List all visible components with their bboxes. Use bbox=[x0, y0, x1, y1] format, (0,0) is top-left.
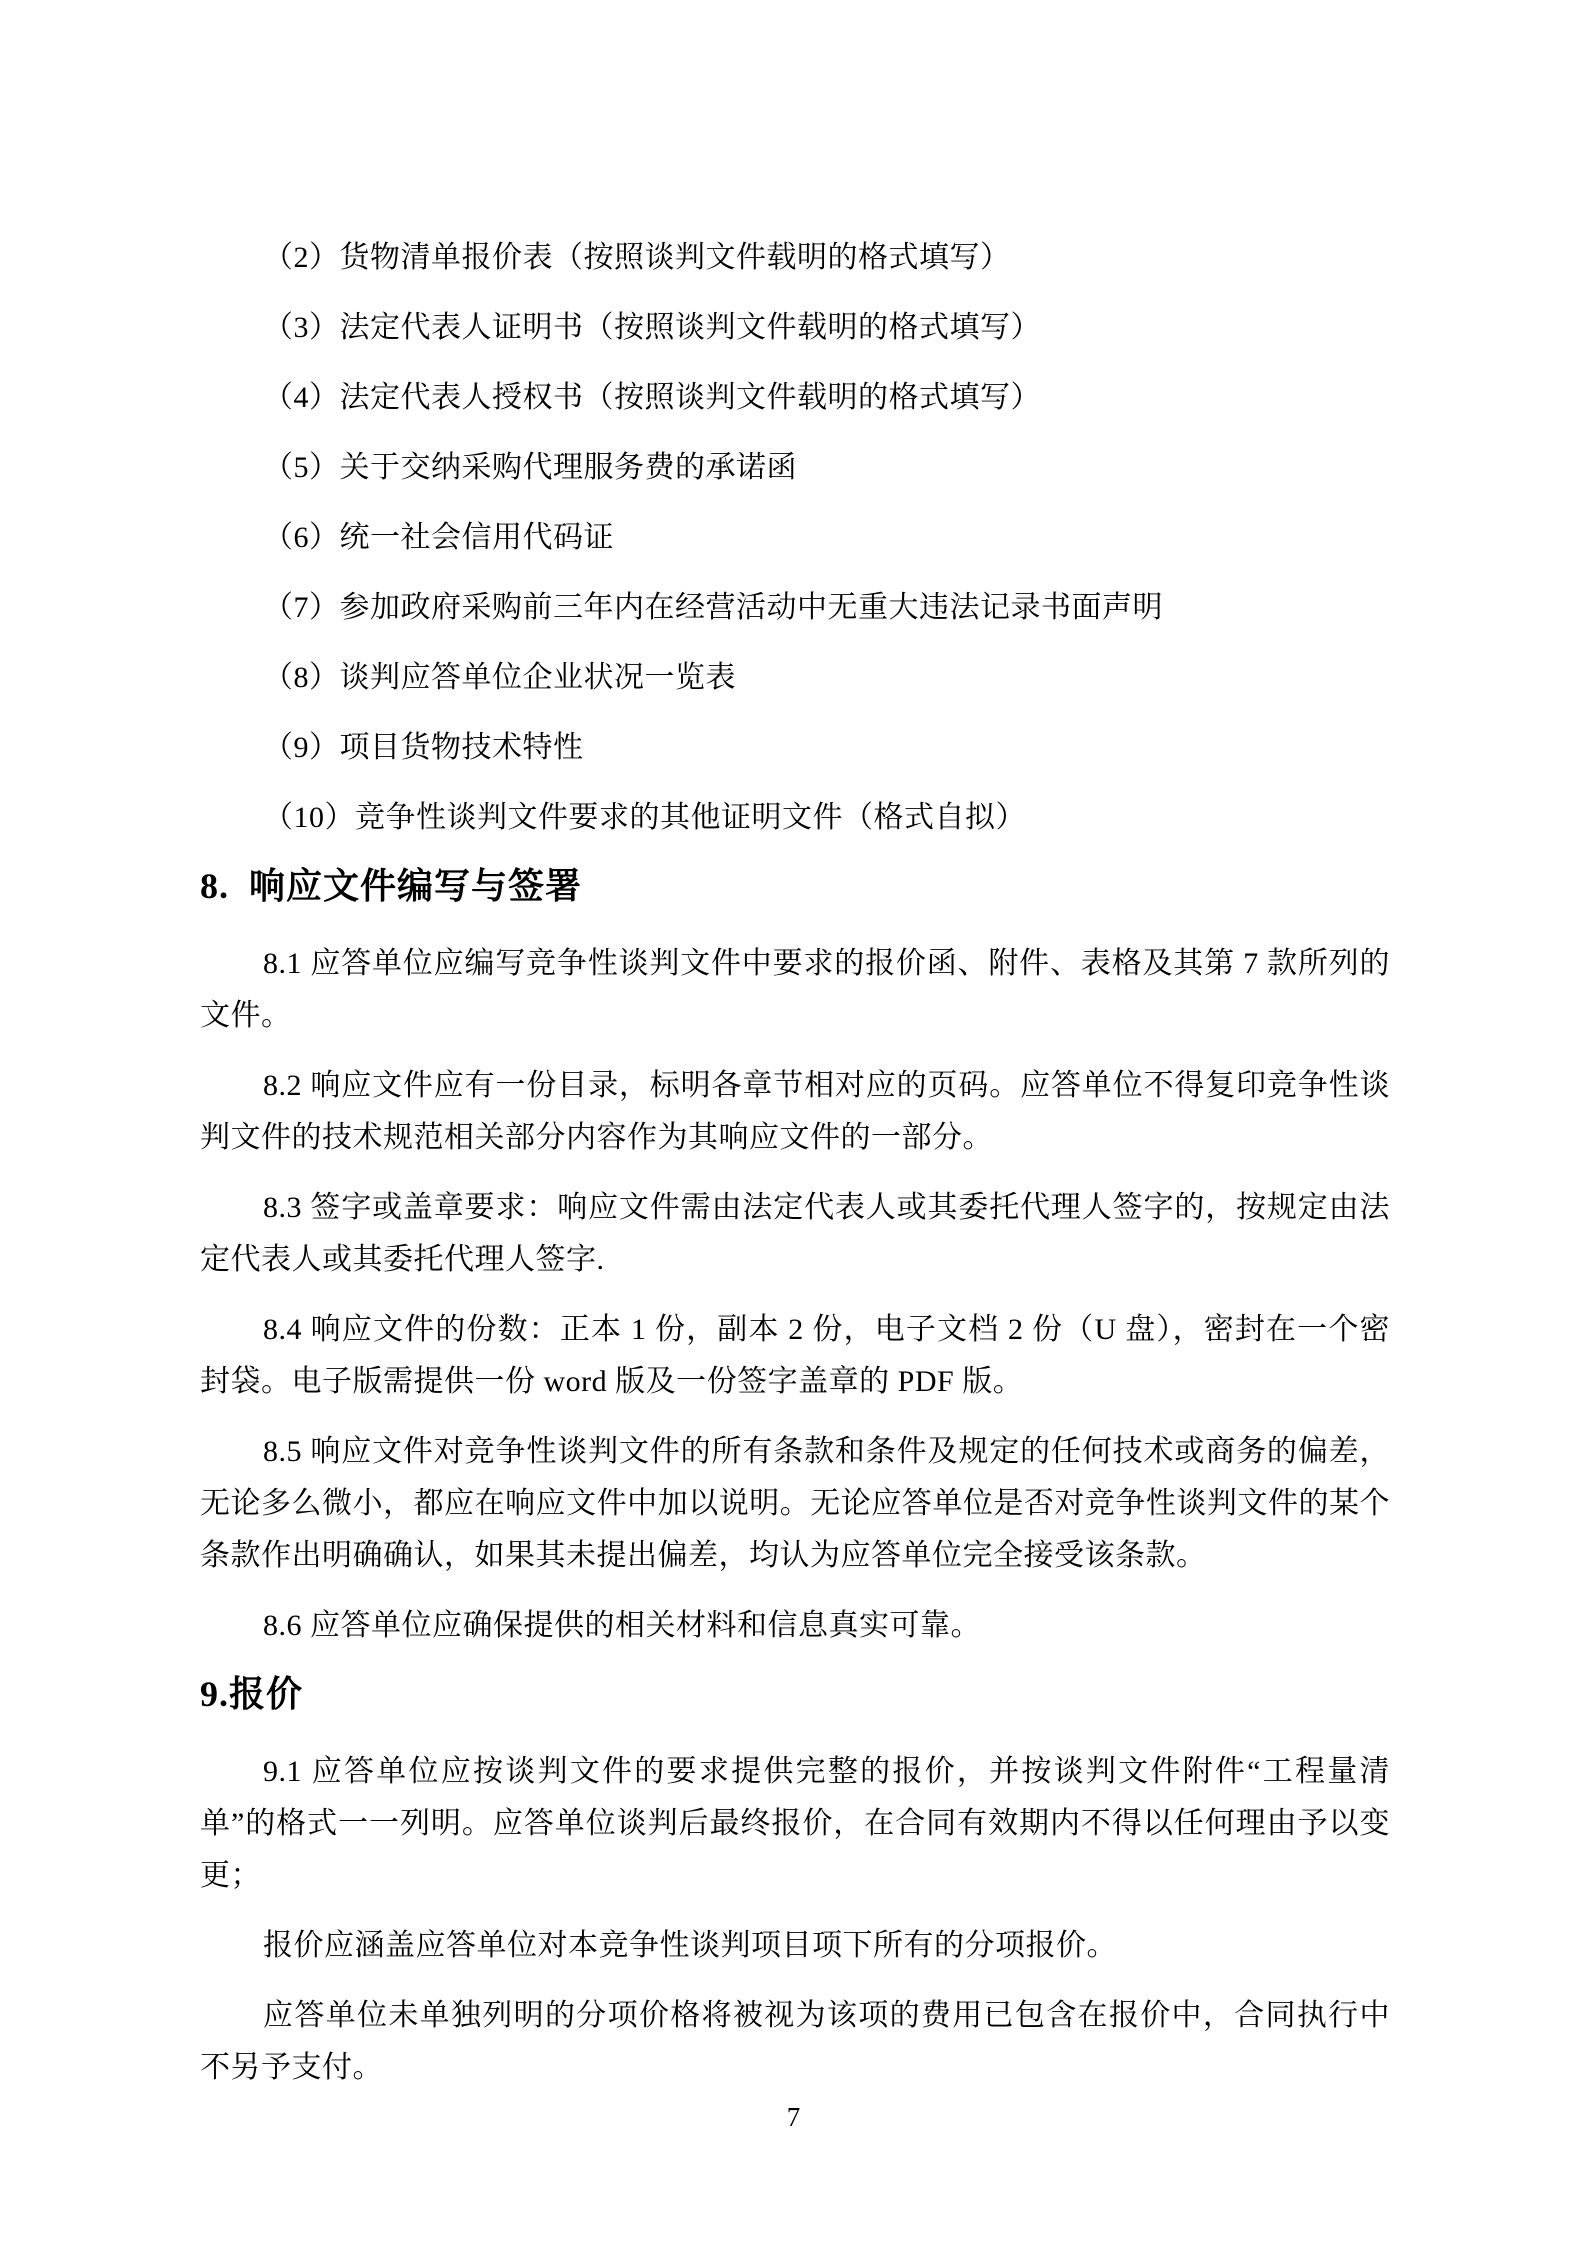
attachment-item-7: （7）参加政府采购前三年内在经营活动中无重大违法记录书面声明 bbox=[200, 582, 1390, 634]
attachment-item-2: （2）货物清单报价表（按照谈判文件载明的格式填写） bbox=[200, 232, 1390, 284]
section-9-paragraph-9-1: 9.1 应答单位应按谈判文件的要求提供完整的报价，并按谈判文件附件“工程量清单”… bbox=[200, 1746, 1390, 1902]
document-content: （2）货物清单报价表（按照谈判文件载明的格式填写） （3）法定代表人证明书（按照… bbox=[200, 232, 1390, 2112]
section-8-paragraph-8-1: 8.1 应答单位应编写竞争性谈判文件中要求的报价函、附件、表格及其第 7 款所列… bbox=[200, 938, 1390, 1042]
section-8-paragraph-8-2: 8.2 响应文件应有一份目录，标明各章节相对应的页码。应答单位不得复印竞争性谈判… bbox=[200, 1060, 1390, 1164]
attachment-item-5: （5）关于交纳采购代理服务费的承诺函 bbox=[200, 442, 1390, 494]
section-8-paragraph-8-5: 8.5 响应文件对竞争性谈判文件的所有条款和条件及规定的任何技术或商务的偏差，无… bbox=[200, 1426, 1390, 1582]
attachment-item-3: （3）法定代表人证明书（按照谈判文件载明的格式填写） bbox=[200, 302, 1390, 354]
section-8-heading: 8. 响应文件编写与签署 bbox=[200, 862, 1390, 910]
attachment-item-10: （10）竞争性谈判文件要求的其他证明文件（格式自拟） bbox=[200, 792, 1390, 844]
section-8-paragraph-8-6: 8.6 应答单位应确保提供的相关材料和信息真实可靠。 bbox=[200, 1600, 1390, 1652]
section-9-paragraph-scope: 报价应涵盖应答单位对本竞争性谈判项目项下所有的分项报价。 bbox=[200, 1920, 1390, 1972]
attachment-item-6: （6）统一社会信用代码证 bbox=[200, 512, 1390, 564]
section-9-heading: 9.报价 bbox=[200, 1670, 1390, 1718]
attachment-item-8: （8）谈判应答单位企业状况一览表 bbox=[200, 652, 1390, 704]
attachment-item-9: （9）项目货物技术特性 bbox=[200, 722, 1390, 774]
section-9-paragraph-unlisted-price: 应答单位未单独列明的分项价格将被视为该项的费用已包含在报价中，合同执行中不另予支… bbox=[200, 1990, 1390, 2094]
section-8-paragraph-8-3: 8.3 签字或盖章要求：响应文件需由法定代表人或其委托代理人签字的，按规定由法定… bbox=[200, 1182, 1390, 1286]
attachment-item-4: （4）法定代表人授权书（按照谈判文件载明的格式填写） bbox=[200, 372, 1390, 424]
section-8-paragraph-8-4: 8.4 响应文件的份数：正本 1 份，副本 2 份，电子文档 2 份（U 盘），… bbox=[200, 1304, 1390, 1408]
document-page: （2）货物清单报价表（按照谈判文件载明的格式填写） （3）法定代表人证明书（按照… bbox=[0, 0, 1587, 2245]
page-number: 7 bbox=[0, 2100, 1587, 2134]
